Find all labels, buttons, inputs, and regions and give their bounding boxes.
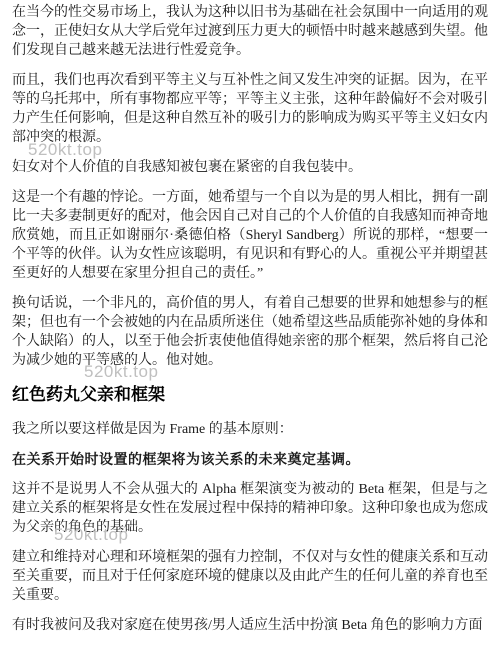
paragraph: 我之所以要这样做是因为 Frame 的基本原则： bbox=[12, 420, 488, 439]
paragraph: 换句话说，一个非凡的，高价值的男人，有着自己想要的世界和她想参与的框架；但也有一… bbox=[12, 294, 488, 370]
paragraph: 在当今的性交易市场上，我认为这种以旧书为基础在社会氛围中一向适用的观念一，正使妇… bbox=[12, 3, 488, 60]
paragraph: 而且，我们也再次看到平等主义与互补性之间又发生冲突的证据。因为，在平等的乌托邦中… bbox=[12, 71, 488, 147]
document-page: 在当今的性交易市场上，我认为这种以旧书为基础在社会氛围中一向适用的观念一，正使妇… bbox=[0, 0, 500, 648]
paragraph: 这是一个有趣的悖论。一方面，她希望与一个自以为是的男人相比，拥有一副比一夫多妻制… bbox=[12, 188, 488, 283]
principle-statement: 在关系开始时设置的框架将为该关系的未来奠定基调。 bbox=[12, 450, 488, 469]
section-heading: 红色药丸父亲和框架 bbox=[12, 384, 488, 406]
paragraph: 这并不是说男人不会从强大的 Alpha 框架演变为被动的 Beta 框架，但是与… bbox=[12, 480, 488, 537]
paragraph: 妇女对个人价值的自我感知被包裹在紧密的自我包装中。 bbox=[12, 158, 488, 177]
paragraph: 建立和维持对心理和环境框架的强有力控制，不仅对与女性的健康关系和互动至关重要，而… bbox=[12, 548, 488, 605]
paragraph: 有时我被问及我对家庭在使男孩/男人适应生活中扮演 Beta 角色的影响力方面 bbox=[12, 616, 488, 635]
